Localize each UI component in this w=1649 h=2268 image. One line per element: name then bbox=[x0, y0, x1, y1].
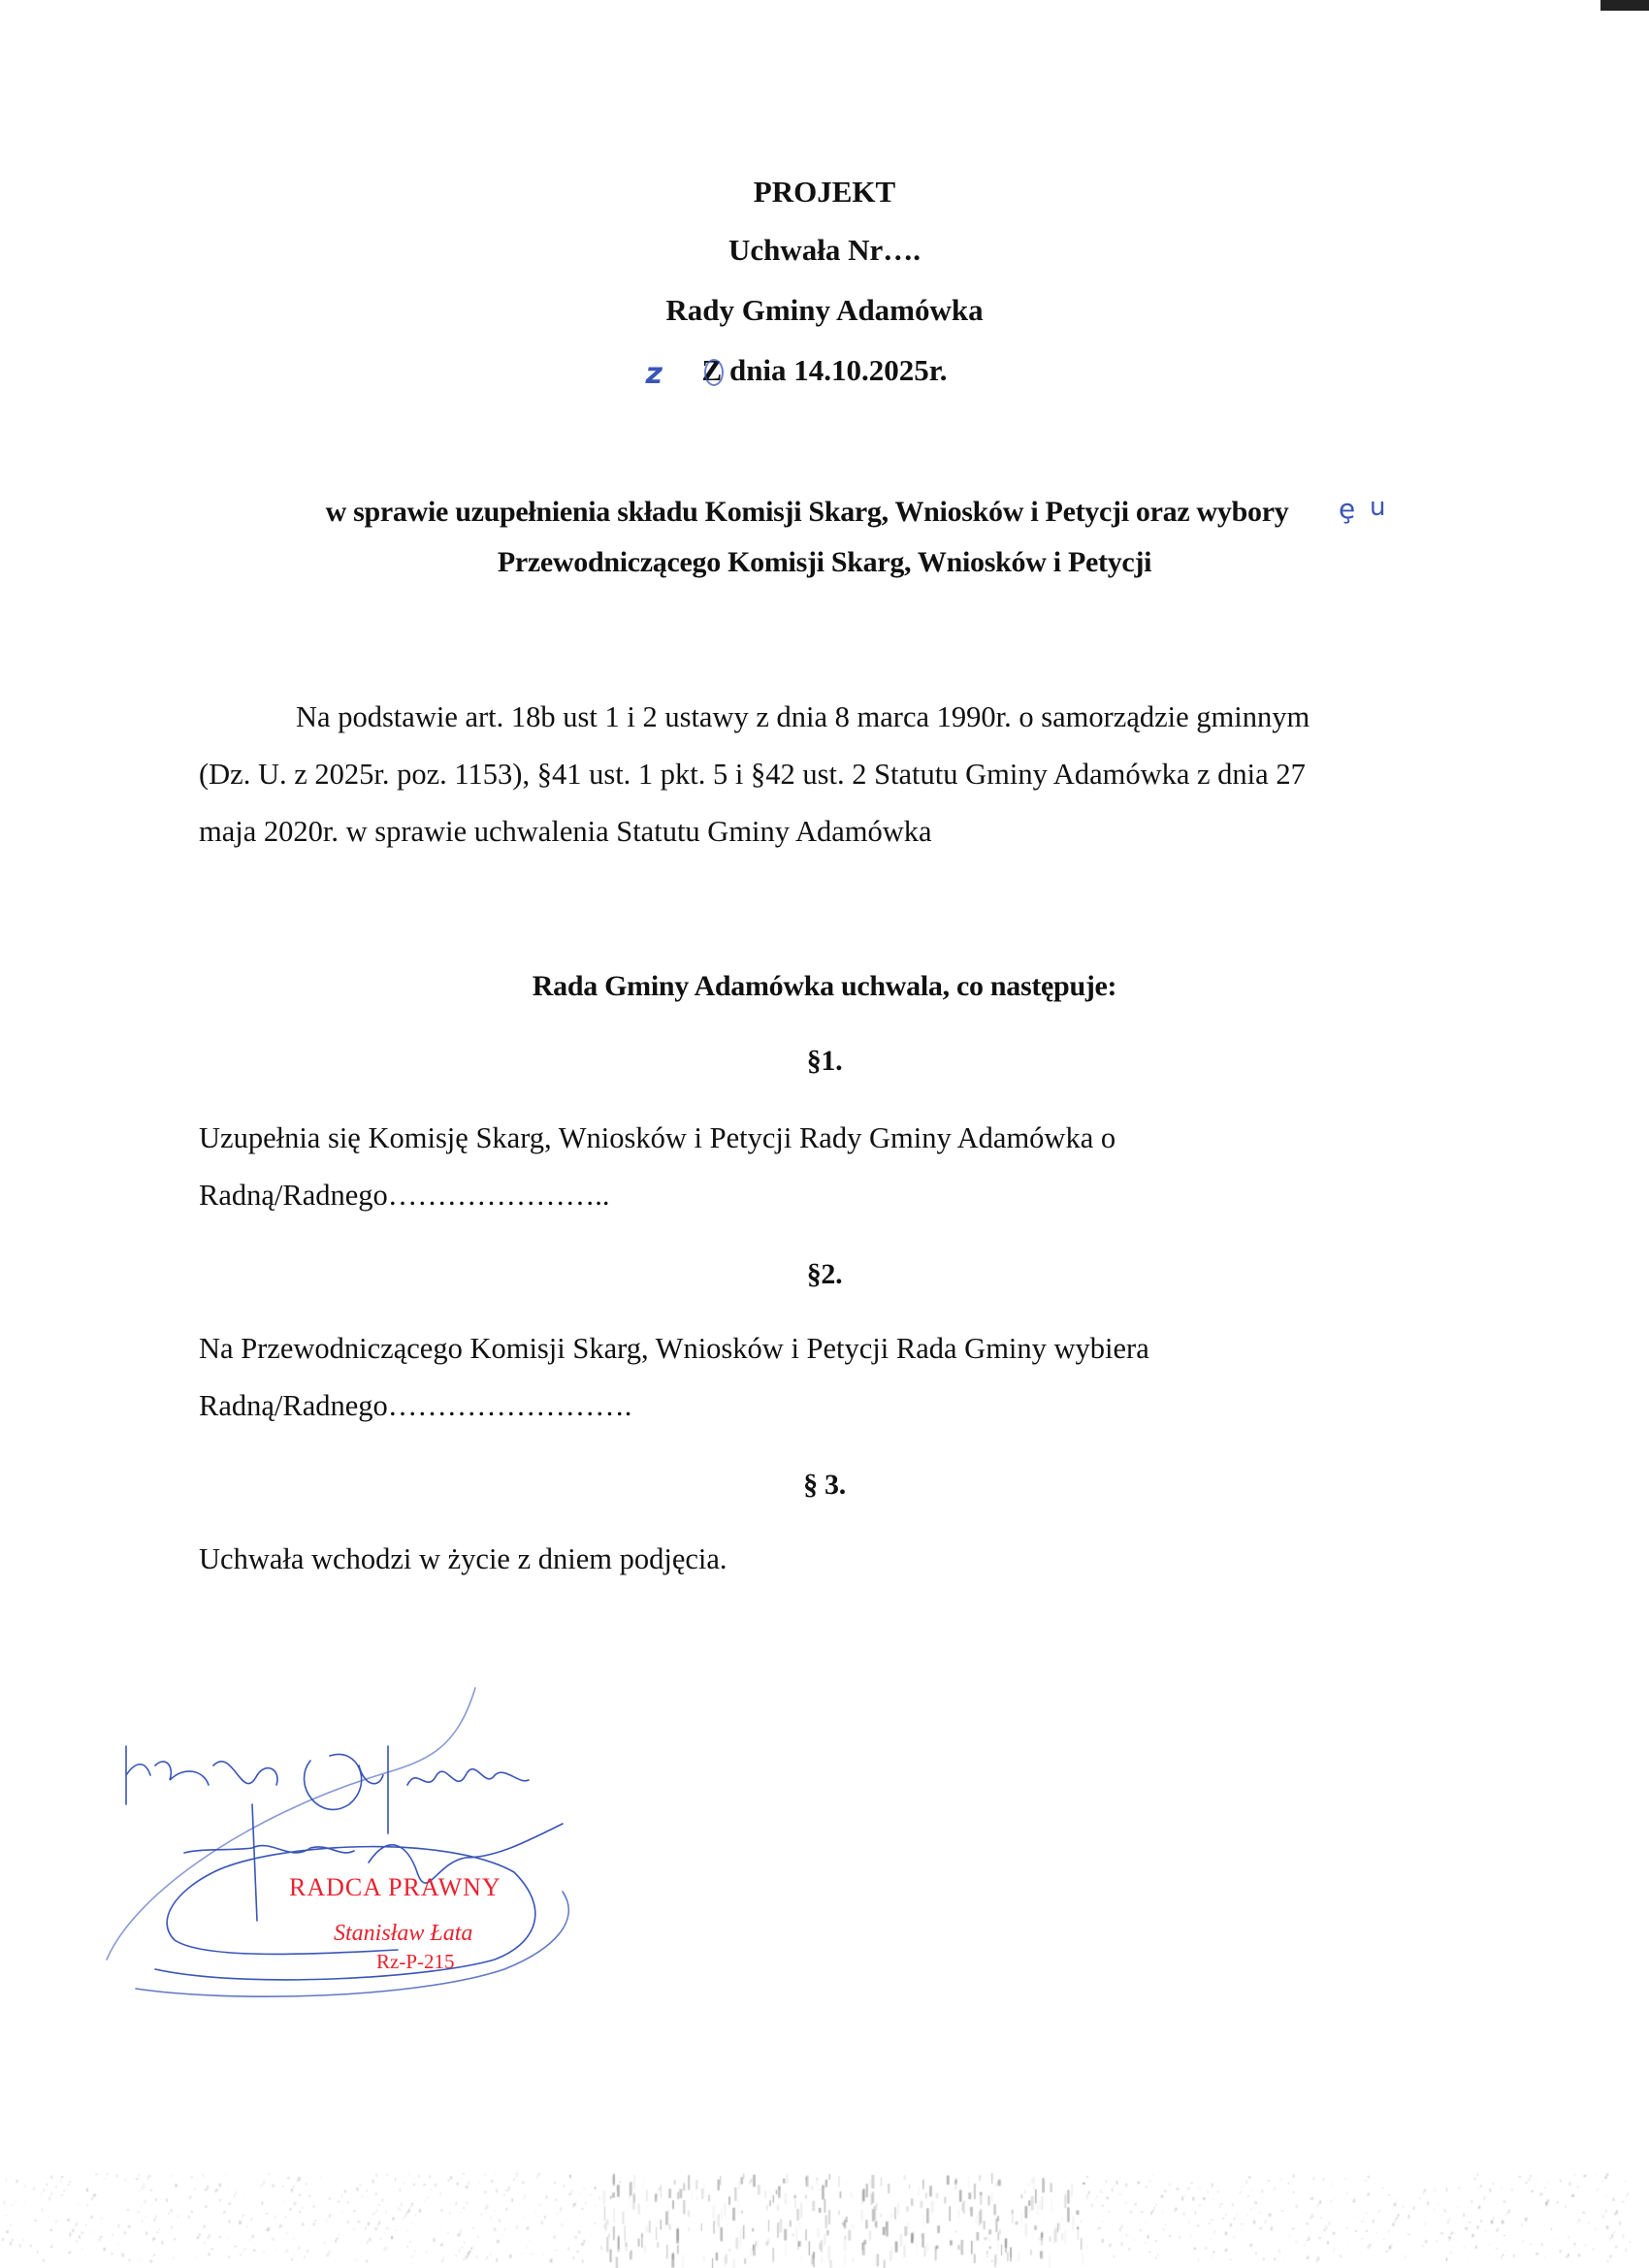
legal-basis-line-3: maja 2020r. w sprawie uchwalenia Statutu… bbox=[199, 815, 932, 849]
stamp-name: Stanisław Łata bbox=[334, 1921, 472, 1947]
section-1-line-1: Uzupełnia się Komisję Skarg, Wniosków i … bbox=[199, 1121, 1115, 1155]
section-1-mark: §1. bbox=[0, 1045, 1649, 1078]
correction-scribble bbox=[704, 359, 724, 386]
project-label: PROJEKT bbox=[0, 175, 1649, 210]
section-2-mark: §2. bbox=[0, 1258, 1649, 1291]
scan-edge-artifact bbox=[1600, 0, 1649, 11]
stamp-title: RADCA PRAWNY bbox=[289, 1873, 501, 1902]
subject-line-1: w sprawie uzupełnienia składu Komisji Sk… bbox=[0, 496, 1632, 529]
resolves-heading: Rada Gminy Adamówka uchwala, co następuj… bbox=[0, 970, 1649, 1003]
section-3-line-1: Uchwała wchodzi w życie z dniem podjęcia… bbox=[199, 1542, 727, 1576]
subject-text-1: w sprawie uzupełnienia składu Komisji Sk… bbox=[326, 496, 1289, 528]
subject-line-2: Przewodniczącego Komisji Skarg, Wniosków… bbox=[0, 546, 1649, 579]
resolution-date: z Z dnia 14.10.2025r. bbox=[0, 353, 1649, 388]
section-3-mark: § 3. bbox=[0, 1469, 1649, 1502]
scan-noise bbox=[0, 2134, 1649, 2268]
legal-basis-line-2: (Dz. U. z 2025r. poz. 1153), §41 ust. 1 … bbox=[199, 758, 1306, 792]
handwritten-u: u bbox=[1370, 493, 1385, 522]
date-text: dnia 14.10.2025r. bbox=[729, 353, 948, 387]
section-1-line-2: Radną/Radnego………………….. bbox=[199, 1179, 610, 1213]
section-2-line-1: Na Przewodniczącego Komisji Skarg, Wnios… bbox=[199, 1332, 1149, 1366]
handwritten-struck-y: ȩ bbox=[1339, 493, 1355, 525]
legal-basis-line-1: Na podstawie art. 18b ust 1 i 2 ustawy z… bbox=[296, 700, 1309, 734]
council-name: Rady Gminy Adamówka bbox=[0, 293, 1649, 328]
resolution-number: Uchwała Nr…. bbox=[0, 233, 1649, 268]
section-2-line-2: Radną/Radnego……………………. bbox=[199, 1389, 631, 1423]
stamp-id: Rz-P-215 bbox=[376, 1950, 455, 1974]
handwritten-z: z bbox=[646, 357, 663, 391]
